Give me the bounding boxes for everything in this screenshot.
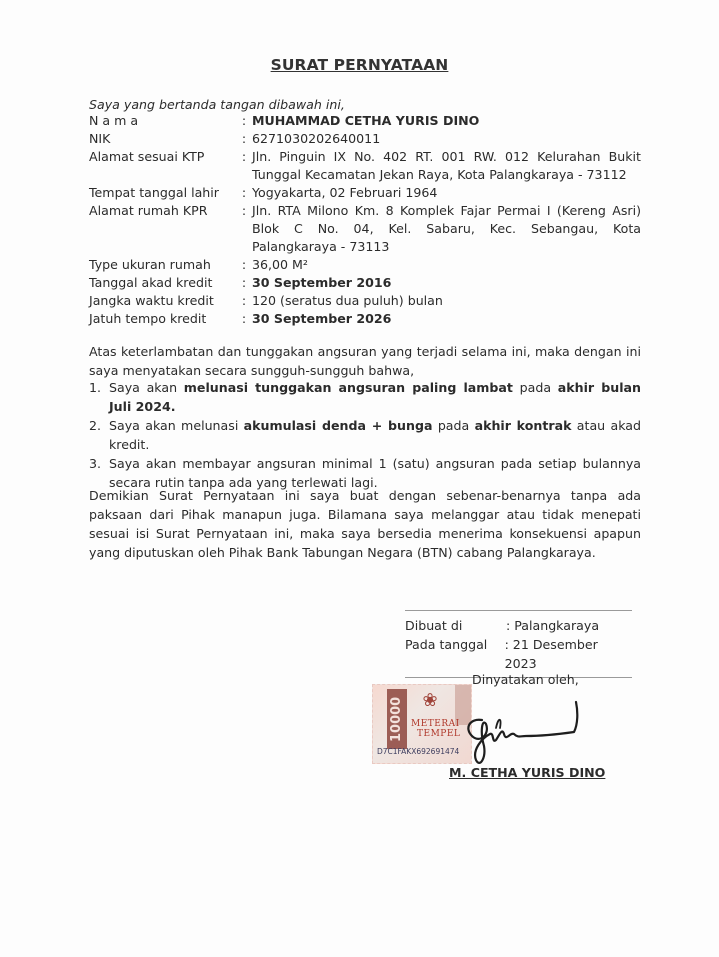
field-value: 30 September 2026 <box>252 310 641 328</box>
statement-item: 2.Saya akan melunasi akumulasi denda + b… <box>89 416 641 454</box>
field-label: Alamat sesuai KTP <box>89 148 236 184</box>
stamp-value: 10000 <box>387 689 407 749</box>
date-label: Pada tanggal <box>405 635 505 673</box>
made-in-label: Dibuat di <box>405 616 506 635</box>
date-row: Pada tanggal : 21 Desember 2023 <box>405 635 632 673</box>
document-page: SURAT PERNYATAAN Saya yang bertanda tang… <box>0 0 719 957</box>
field-row: Alamat rumah KPR:Jln. RTA Milono Km. 8 K… <box>89 202 641 256</box>
field-colon: : <box>236 130 252 148</box>
statement-text: pada <box>513 380 558 395</box>
field-value: 36,00 M² <box>252 256 641 274</box>
statement-item: 1.Saya akan melunasi tunggakan angsuran … <box>89 378 641 416</box>
made-in-value: : Palangkaraya <box>506 616 599 635</box>
field-label: Tanggal akad kredit <box>89 274 236 292</box>
field-colon: : <box>236 202 252 256</box>
field-colon: : <box>236 256 252 274</box>
field-colon: : <box>236 310 252 328</box>
field-colon: : <box>236 112 252 130</box>
field-label: Type ukuran rumah <box>89 256 236 274</box>
field-row: Tempat tanggal lahir:Yogyakarta, 02 Febr… <box>89 184 641 202</box>
field-row: Alamat sesuai KTP:Jln. Pinguin IX No. 40… <box>89 148 641 184</box>
statement-text: Saya akan melunasi <box>109 418 244 433</box>
closing-paragraph: Demikian Surat Pernyataan ini saya buat … <box>89 486 641 562</box>
date-value: : 21 Desember 2023 <box>505 635 632 673</box>
field-label: NIK <box>89 130 236 148</box>
field-row: Tanggal akad kredit:30 September 2016 <box>89 274 641 292</box>
statement-text: akhir kontrak <box>475 418 572 433</box>
field-label: Alamat rumah KPR <box>89 202 236 256</box>
made-in-row: Dibuat di : Palangkaraya <box>405 616 632 635</box>
statement-text: Saya akan <box>109 380 184 395</box>
statement-number: 3. <box>89 454 101 473</box>
document-title: SURAT PERNYATAAN <box>0 56 719 74</box>
field-colon: : <box>236 292 252 310</box>
statement-text: pada <box>432 418 474 433</box>
signer-name: M. CETHA YURIS DINO <box>449 765 605 780</box>
field-row: NIK:6271030202640011 <box>89 130 641 148</box>
field-value: 120 (seratus dua puluh) bulan <box>252 292 641 310</box>
field-row: N a m a:MUHAMMAD CETHA YURIS DINO <box>89 112 641 130</box>
field-colon: : <box>236 274 252 292</box>
field-row: Jatuh tempo kredit:30 September 2026 <box>89 310 641 328</box>
field-colon: : <box>236 184 252 202</box>
identity-fields: N a m a:MUHAMMAD CETHA YURIS DINONIK:627… <box>89 112 641 328</box>
field-label: Jangka waktu kredit <box>89 292 236 310</box>
statement-number: 1. <box>89 378 101 397</box>
declared-by-label: Dinyatakan oleh, <box>472 672 579 687</box>
field-colon: : <box>236 148 252 184</box>
statement-intro: Atas keterlambatan dan tunggakan angsura… <box>89 342 641 380</box>
field-value: 6271030202640011 <box>252 130 641 148</box>
field-row: Jangka waktu kredit:120 (seratus dua pul… <box>89 292 641 310</box>
statement-text: akumulasi denda + bunga <box>244 418 433 433</box>
statement-list: 1.Saya akan melunasi tunggakan angsuran … <box>89 378 641 492</box>
field-row: Type ukuran rumah:36,00 M² <box>89 256 641 274</box>
place-date-box: Dibuat di : Palangkaraya Pada tanggal : … <box>405 610 632 678</box>
field-value: Jln. Pinguin IX No. 402 RT. 001 RW. 012 … <box>252 148 641 184</box>
field-value: Yogyakarta, 02 Februari 1964 <box>252 184 641 202</box>
statement-text: melunasi tunggakan angsuran paling lamba… <box>184 380 513 395</box>
field-value: Jln. RTA Milono Km. 8 Komplek Fajar Perm… <box>252 202 641 256</box>
field-value: MUHAMMAD CETHA YURIS DINO <box>252 112 641 130</box>
field-value: 30 September 2016 <box>252 274 641 292</box>
field-label: Tempat tanggal lahir <box>89 184 236 202</box>
field-label: N a m a <box>89 112 236 130</box>
statement-number: 2. <box>89 416 101 435</box>
field-label: Jatuh tempo kredit <box>89 310 236 328</box>
statement-text: Saya akan membayar angsuran minimal 1 (s… <box>109 456 641 490</box>
